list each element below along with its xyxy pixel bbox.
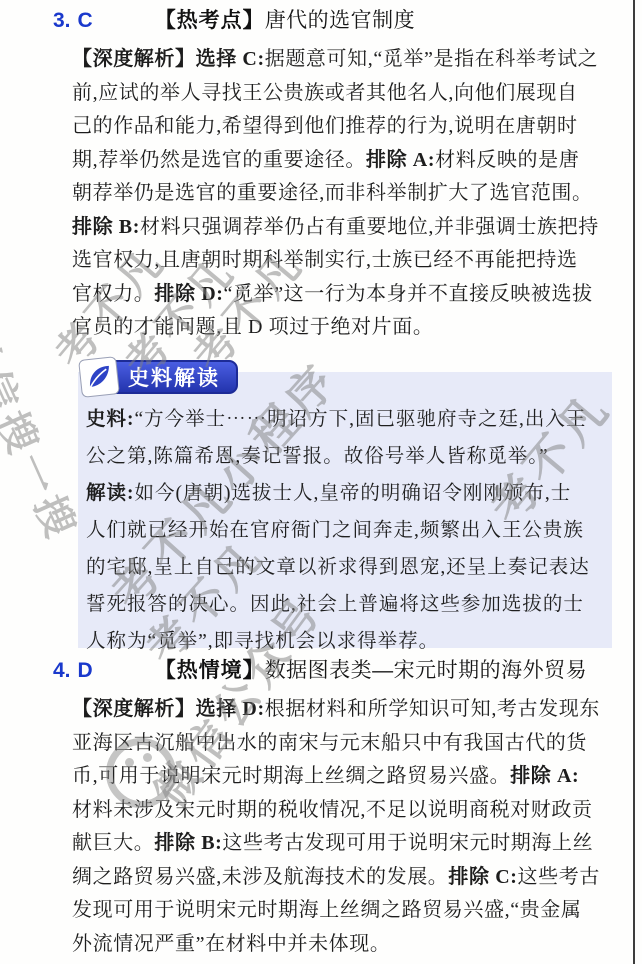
- text-line: 币,可用于说明宋元时期海上丝绸之路贸易兴盛。排除 A:: [72, 760, 600, 794]
- text-line: 官员的才能问题,且 D 项过于绝对片面。: [72, 311, 599, 345]
- answer-letter: C: [78, 9, 93, 32]
- text-line: 外流情况严重”在材料中并未体现。: [72, 928, 600, 962]
- text-line: 解读:如今(唐朝)选拔士人,皇帝的明确诏令刚刚颁布,士: [86, 475, 604, 512]
- text-line: 人们就已经开始在官府衙门之间奔走,频繁出入王公贵族: [86, 512, 604, 549]
- source-interpretation-box: 史料解读 史料:“方今举士⋯⋯明诏方下,固已驱驰府寺之廷,出入王公之第,陈篇希恩…: [78, 372, 612, 648]
- question-number: 4.: [53, 659, 71, 682]
- question-topic: 唐代的选官制度: [265, 9, 416, 32]
- text-line: 材料未涉及宋元时期的税收情况,不足以说明商税对财政贡: [72, 794, 600, 828]
- hot-context-tag: 【热情境】: [155, 659, 265, 682]
- question-topic: 数据图表类—宋元时期的海外贸易: [265, 659, 588, 682]
- page: { "rule_x": 633, "watermarks": [ {"text"…: [0, 0, 642, 964]
- text-line: 发现可用于说明宋元时期海上丝绸之路贸易兴盛,“贵金属: [72, 894, 600, 928]
- question-4-analysis: 【深度解析】选择 D:根据材料和所学知识可知,考古发现东亚海区古沉船中出水的南宋…: [72, 693, 600, 961]
- text-line: 史料:“方今举士⋯⋯明诏方下,固已驱驰府寺之廷,出入王: [86, 401, 604, 438]
- source-box-text: 史料:“方今举士⋯⋯明诏方下,固已驱驰府寺之廷,出入王公之第,陈篇希恩,奏记誓报…: [86, 401, 604, 660]
- leaf-icon: [78, 356, 120, 398]
- text-line: 誓死报答的决心。因此,社会上普遍将这些参加选拔的士: [86, 586, 604, 623]
- text-line: 绸之路贸易兴盛,未涉及航海技术的发展。排除 C:这些考古: [72, 861, 600, 895]
- text-line: 朝荐举仍是选官的重要途径,而非科举制扩大了选官范围。: [72, 177, 599, 211]
- text-line: 官权力。排除 D:“觅举”这一行为本身并不直接反映被选拔: [72, 278, 599, 312]
- hot-topic-tag: 【热考点】: [155, 9, 265, 32]
- question-4-header: 4.D【热情境】数据图表类—宋元时期的海外贸易: [53, 658, 587, 684]
- text-line: 前,应试的举人寻找王公贵族或者其他名人,向他们展现自: [72, 77, 599, 111]
- source-box-badge: 史料解读: [80, 358, 238, 396]
- text-line: 【深度解析】选择 C:据题意可知,“觅举”是指在科举考试之: [72, 43, 599, 77]
- question-3-header: 3.C【热考点】唐代的选官制度: [53, 8, 415, 34]
- text-line: 公之第,陈篇希恩,奏记誓报。故俗号举人皆称觅举。”: [86, 438, 604, 475]
- text-line: 期,荐举仍然是选官的重要途径。排除 A:材料反映的是唐: [72, 144, 599, 178]
- column-divider-rule: [633, 0, 635, 964]
- text-line: 选官权力,且唐朝时期科举制实行,士族已经不再能把持选: [72, 244, 599, 278]
- text-line: 献巨大。排除 B:这些考古发现可用于说明宋元时期海上丝: [72, 827, 600, 861]
- text-line: 人称为“觅举”,即寻找机会以求得举荐。: [86, 623, 604, 660]
- source-box-title: 史料解读: [108, 360, 238, 394]
- question-3-analysis: 【深度解析】选择 C:据题意可知,“觅举”是指在科举考试之前,应试的举人寻找王公…: [72, 43, 599, 345]
- text-line: 亚海区古沉船中出水的南宋与元末船只中有我国古代的货: [72, 727, 600, 761]
- question-number: 3.: [53, 9, 71, 32]
- text-line: 的宅邸,呈上自己的文章以祈求得到恩宠,还呈上奏记表达: [86, 549, 604, 586]
- answer-letter: D: [78, 659, 93, 682]
- text-line: 己的作品和能力,希望得到他们推荐的行为,说明在唐朝时: [72, 110, 599, 144]
- text-line: 【深度解析】选择 D:根据材料和所学知识可知,考古发现东: [72, 693, 600, 727]
- text-line: 排除 B:材料只强调荐举仍占有重要地位,并非强调士族把持: [72, 211, 599, 245]
